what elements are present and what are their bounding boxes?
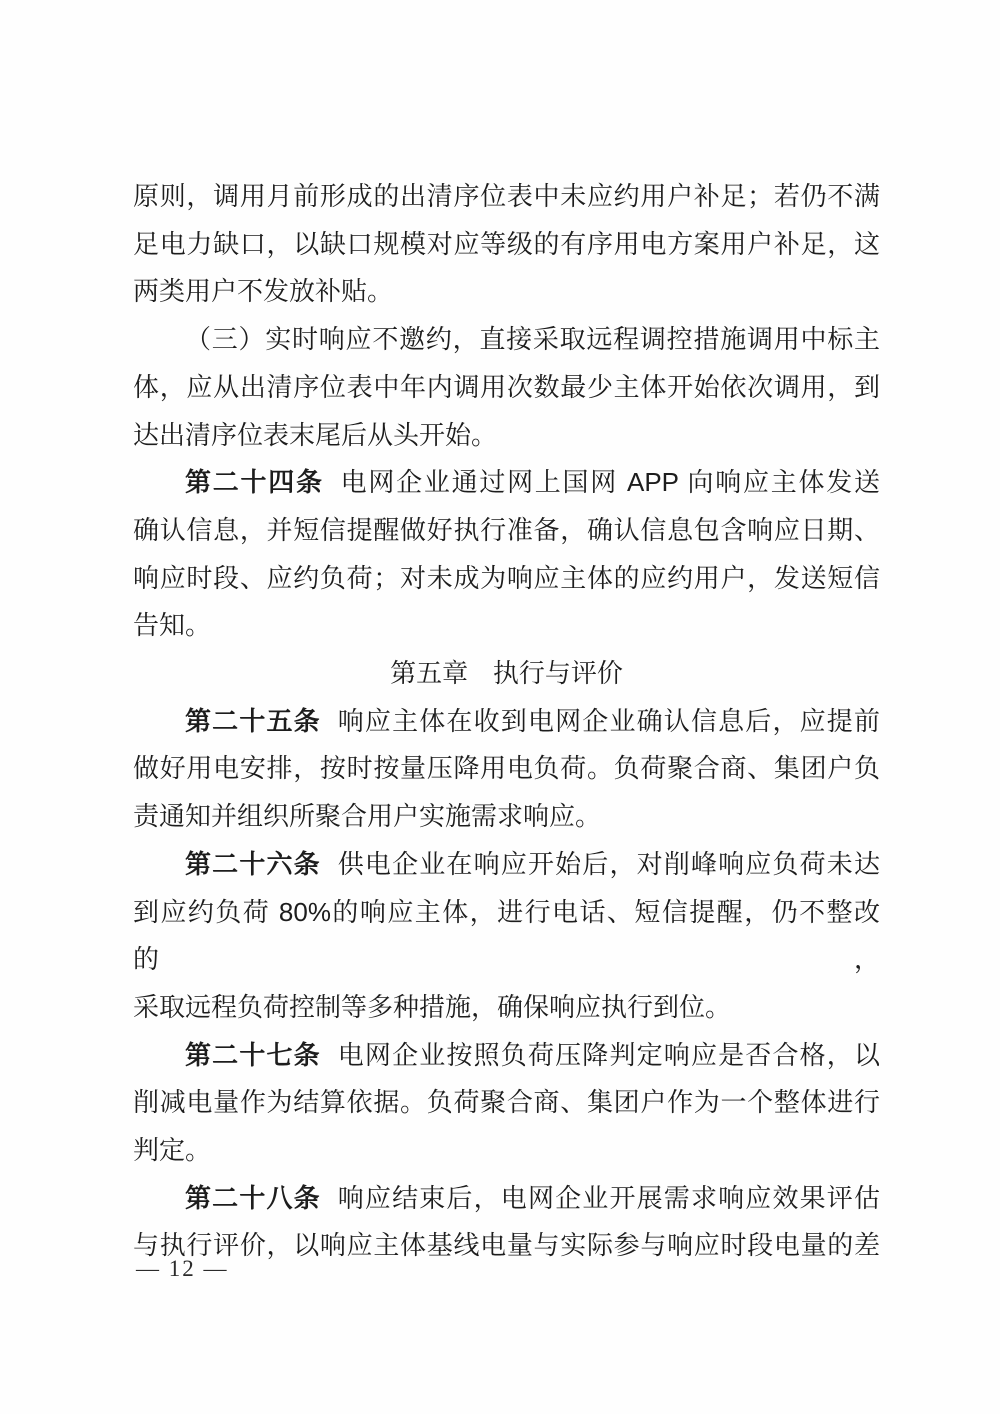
article-27-line-2: 削减电量作为结算依据。负荷聚合商、集团户作为一个整体进行 xyxy=(133,1079,880,1127)
para-overflow-line-2: 足电力缺口，以缺口规模对应等级的有序用电方案用户补足，这 xyxy=(133,221,880,269)
article-28-number: 第二十八条 xyxy=(185,1183,321,1213)
page-body: 原则，调用月前形成的出清序位表中未应约用户补足；若仍不满 足电力缺口，以缺口规模… xyxy=(133,173,880,1270)
para-item3-line-1: （三）实时响应不邀约，直接采取远程调控措施调用中标主 xyxy=(133,316,880,364)
document-page: 原则，调用月前形成的出清序位表中未应约用户补足；若仍不满 足电力缺口，以缺口规模… xyxy=(0,0,1000,1414)
article-26-number: 第二十六条 xyxy=(185,849,321,879)
article-26-line-2: 到应约负荷 80%的响应主体，进行电话、短信提醒，仍不整改的， xyxy=(133,889,880,984)
article-25-text-start: 响应主体在收到电网企业确认信息后，应提前 xyxy=(338,706,880,736)
article-27-line-3: 判定。 xyxy=(133,1127,880,1175)
page-number: — 12 — xyxy=(136,1256,229,1282)
article-27-line-1: 第二十七条电网企业按照负荷压降判定响应是否合格，以 xyxy=(133,1032,880,1080)
article-24-line-4: 告知。 xyxy=(133,602,880,650)
article-26-line-3: 采取远程负荷控制等多种措施，确保响应执行到位。 xyxy=(133,984,880,1032)
article-26-line-1: 第二十六条供电企业在响应开始后，对削峰响应负荷未达 xyxy=(133,841,880,889)
para-item3-line-2: 体，应从出清序位表中年内调用次数最少主体开始依次调用，到 xyxy=(133,364,880,412)
article-28-line-2: 与执行评价，以响应主体基线电量与实际参与响应时段电量的差 xyxy=(133,1222,880,1270)
article-26-text-start: 供电企业在响应开始后，对削峰响应负荷未达 xyxy=(338,849,880,879)
chapter-5-title: 执行与评价 xyxy=(493,658,623,688)
article-24-number: 第二十四条 xyxy=(185,467,324,497)
article-24-line-1: 第二十四条电网企业通过网上国网 APP 向响应主体发送 xyxy=(133,459,880,507)
chapter-5-number: 第五章 xyxy=(390,658,468,688)
article-27-text-start: 电网企业按照负荷压降判定响应是否合格，以 xyxy=(338,1040,880,1070)
para-overflow-line-1: 原则，调用月前形成的出清序位表中未应约用户补足；若仍不满 xyxy=(133,173,880,221)
chapter-5-heading: 第五章执行与评价 xyxy=(133,650,880,698)
article-24-line-2: 确认信息，并短信提醒做好执行准备，确认信息包含响应日期、 xyxy=(133,507,880,555)
article-24-line-3: 响应时段、应约负荷；对未成为响应主体的应约用户，发送短信 xyxy=(133,555,880,603)
article-24-text-start: 电网企业通过网上国网 APP 向响应主体发送 xyxy=(341,467,880,497)
article-27-number: 第二十七条 xyxy=(185,1040,321,1070)
article-25-number: 第二十五条 xyxy=(185,706,321,736)
article-25-line-1: 第二十五条响应主体在收到电网企业确认信息后，应提前 xyxy=(133,698,880,746)
article-28-line-1: 第二十八条响应结束后，电网企业开展需求响应效果评估 xyxy=(133,1175,880,1223)
article-25-line-3: 责通知并组织所聚合用户实施需求响应。 xyxy=(133,793,880,841)
article-28-text-start: 响应结束后，电网企业开展需求响应效果评估 xyxy=(338,1183,880,1213)
para-item3-line-3: 达出清序位表末尾后从头开始。 xyxy=(133,412,880,460)
article-25-line-2: 做好用电安排，按时按量压降用电负荷。负荷聚合商、集团户负 xyxy=(133,745,880,793)
para-overflow-line-3: 两类用户不发放补贴。 xyxy=(133,268,880,316)
